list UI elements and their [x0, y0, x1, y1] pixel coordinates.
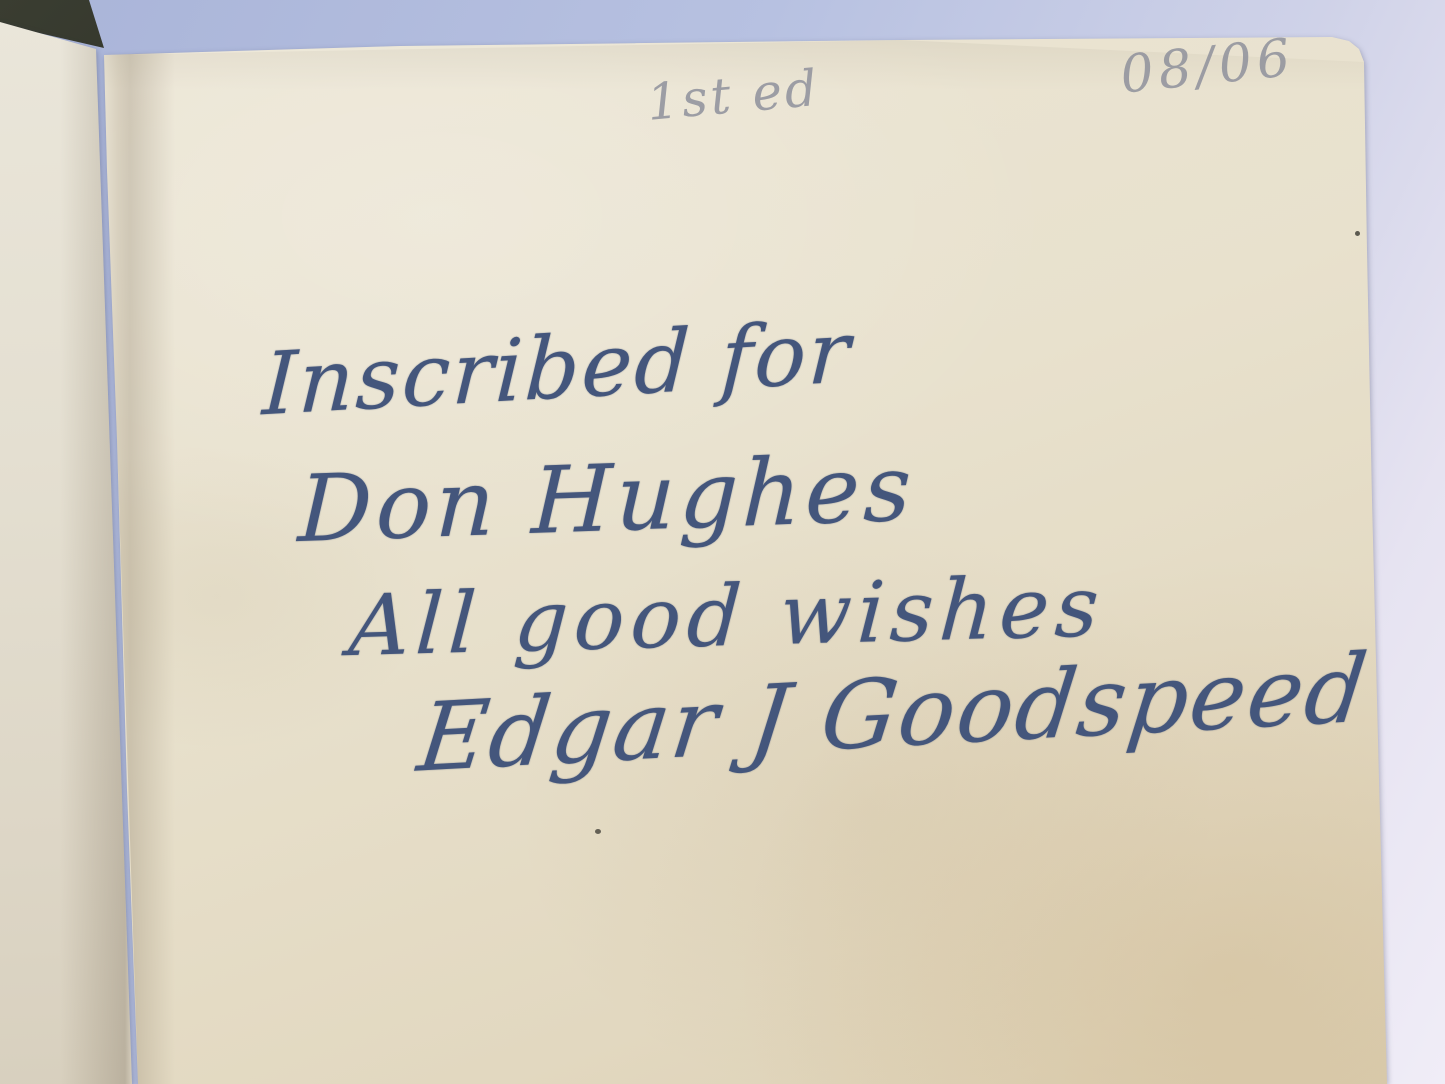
book-inscription-photo: 1st ed 08/06 Inscribed for Don Hughes Al…: [0, 0, 1445, 1084]
inscription-line-3-greeting: All good wishes: [347, 564, 1107, 668]
pencil-note-edition: 1st ed: [645, 63, 822, 128]
ink-speck: [595, 829, 601, 834]
paper-speck: [1355, 231, 1360, 236]
inscription-line-2-recipient: Don Hughes: [297, 442, 917, 556]
